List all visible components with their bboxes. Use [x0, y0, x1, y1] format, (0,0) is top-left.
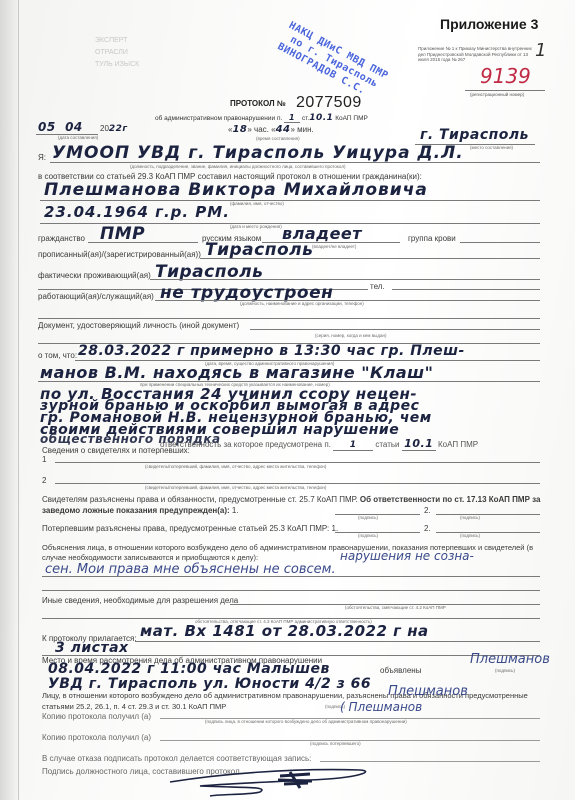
id-doc-label: Документ, удостоверяющий личность (иной … [38, 321, 239, 330]
copy-signature: ( Плешманов [340, 700, 422, 714]
copy1-label: Копию протокола получил (а) [42, 712, 151, 721]
witness-signature-2 [436, 514, 540, 515]
rights-signature: Плешманов [388, 684, 468, 699]
other-info-label: Иные сведения, необходимые для разрешени… [42, 596, 238, 605]
hearing-announced: объявлены [380, 666, 421, 675]
copy-signature-text: Плешманов [349, 700, 423, 714]
protocol-title: ПРОТОКОЛ № [230, 99, 286, 108]
copy2-note: (подпись потерпевшего) [310, 741, 361, 746]
article-value: 10.1 [309, 113, 333, 123]
officer-signature-icon [160, 762, 400, 798]
sig-note: (подпись) [460, 533, 480, 538]
language-note: (владеет/не владеет) [312, 244, 356, 249]
annex-note: Приложение № 1 к Приказу Министерства вн… [418, 46, 538, 63]
date-month-value: 04 [65, 120, 83, 134]
sig-note: (подпись) [358, 533, 378, 538]
other-info-note: (обстоятельства, смягчающие ст. 4.2 КоАП… [345, 605, 446, 610]
witness-row-note: (свидетель/потерпевший, фамилия, имя, от… [145, 464, 326, 469]
time-label: (время составления) [256, 136, 300, 141]
copy2-label: Копию протокола получил (а) [42, 733, 151, 742]
faded-line: ЭКСПЕРТ [95, 35, 139, 47]
attachments-value: мат. Вх 1481 от 28.03.2022 г на [140, 622, 429, 640]
blood-field [460, 242, 540, 243]
citizen-name: Плешманова Виктора Михайловича [44, 180, 428, 200]
phone-label: тел. [370, 282, 385, 291]
id-doc-note: (серия, номер, когда и кем выдан) [315, 333, 387, 338]
page-number: 1 [535, 40, 546, 61]
name-label: (фамилия, имя, отчество) [230, 201, 284, 206]
copy1-note: (подпись лица, в отношении которого возб… [205, 719, 407, 724]
witnesses-heading: Сведения о свидетелях и потерпевших: [42, 446, 190, 455]
witness-1-field [55, 462, 540, 463]
residing-label: фактически проживающий(ая) [38, 271, 151, 280]
place-label: (место составления) [470, 145, 513, 150]
protocol-subtitle: об административном правонарушении п. 1 … [155, 113, 368, 123]
divider [150, 279, 540, 280]
place-value: г. Тирасполь [420, 127, 529, 143]
year-suffix: 22г [109, 124, 128, 134]
id-doc-field [250, 329, 540, 330]
blood-label: группа крови [408, 234, 456, 243]
witness-row-note: (свидетель/потерпевший, фамилия, имя, от… [145, 485, 326, 490]
hearing-signature: Плешманов [470, 652, 550, 667]
divider [42, 576, 540, 577]
time-of-drafting: «18» час. «44» мин. [228, 124, 314, 135]
witness-2-field [55, 483, 540, 484]
rights-text: Свидетелям разъяснены права и обязанност… [42, 495, 358, 504]
date-day: 05 04 [38, 120, 83, 134]
date-day-value: 05 [38, 120, 56, 134]
witness-row-number: 1 [42, 455, 46, 464]
victims-sig2-label: 2. [424, 524, 431, 533]
rights-text: Лицу, в отношении которого возбуждено де… [42, 690, 547, 712]
protocol-number: 2077509 [296, 94, 362, 112]
hour-label: час. [254, 125, 269, 134]
faded-line: ОТРАСЛИ [95, 47, 139, 59]
divider [38, 318, 540, 319]
victim-signature-2 [436, 532, 540, 533]
registered-value: Тирасполь [205, 240, 313, 260]
divider [135, 641, 540, 642]
liability-article-label: статьи [375, 440, 399, 449]
hearing-sig-note: (подпись) [495, 668, 515, 673]
protocol-page: ЭКСПЕРТ ОТРАСЛИ ТУЛЬ ИЗЫСК Приложение 3 … [0, 0, 575, 800]
citizenship-label: гражданство [38, 234, 85, 243]
offense-prefix: о том, что: [38, 351, 77, 360]
divider [465, 90, 545, 91]
code-suffix: КоАП ПМР [335, 115, 368, 122]
annex-title: Приложение 3 [440, 16, 538, 32]
sig-note: (подпись) [460, 515, 480, 520]
divider [50, 162, 540, 163]
offense-line: 28.03.2022 г примерно в 13:30 час гр. Пл… [78, 343, 465, 359]
clause-value: 1 [284, 113, 300, 123]
officer-prefix: Я: [38, 153, 46, 162]
sig-note: (подпись) [358, 515, 378, 520]
divider [42, 590, 540, 591]
faded-line: ТУЛЬ ИЗЫСК [95, 59, 139, 71]
liability-article: 10.1 [402, 437, 436, 451]
phone-field [392, 289, 540, 290]
attachments-value: 3 листах [55, 640, 129, 656]
sig2-label: 2. [424, 506, 431, 515]
divider [88, 242, 198, 243]
sig1-label: 1. [232, 506, 239, 515]
liability-clause: 1 [333, 440, 373, 451]
work-label: работающий(ая)/служащий(ая) [38, 292, 154, 301]
citizenship-value: ПМР [100, 224, 145, 244]
liability-text: ответственность за которое предусмотрена… [160, 437, 478, 451]
victims-rights: Потерпевшим разъяснены права, предусмотр… [42, 524, 338, 533]
divider [200, 258, 540, 259]
birth-value: 23.04.1964 г.р. РМ. [44, 203, 230, 221]
year-prefix: 20 [100, 124, 109, 133]
date-year: 2022г [100, 124, 128, 134]
page-fold [18, 0, 19, 800]
hour-value: 18 [232, 124, 247, 135]
officer-label: (должность, подразделение, звание, фамил… [130, 164, 345, 169]
date-label: (дата составления) [58, 135, 98, 140]
divider [40, 200, 540, 201]
explanation-value: сен. Мои права мне объяснены не совсем. [45, 562, 336, 577]
officer-value: УМООП УВД г. Тирасполь Уицура Д.Л. [52, 143, 464, 163]
offense-line: манов В.М. находясь в магазине "Клаш" [40, 363, 433, 382]
registered-label: прописанный(ая)/(зарегистрированный(ая)) [38, 250, 201, 259]
minute-value: 44 [276, 124, 291, 135]
registration-number: 9139 [480, 64, 531, 88]
birth-label: (дата и место рождения) [230, 224, 282, 229]
work-note: (должность, наименование и адрес организ… [240, 301, 364, 306]
hearing-value: 08.04.2022 г 11:00 час Малышев [48, 661, 330, 677]
faded-background-text: ЭКСПЕРТ ОТРАСЛИ ТУЛЬ ИЗЫСК [95, 35, 139, 71]
explanation-value: нарушения не созна- [340, 549, 474, 563]
liability-code: КоАП ПМР [438, 440, 478, 449]
subtitle-prefix: об административном правонарушении п. [155, 115, 282, 122]
witness-rights: Свидетелям разъяснены права и обязанност… [42, 494, 542, 516]
minute-label: мин. [297, 125, 314, 134]
witness-row-number: 2 [42, 476, 46, 485]
registration-label: (регистрационный номер) [470, 92, 524, 97]
